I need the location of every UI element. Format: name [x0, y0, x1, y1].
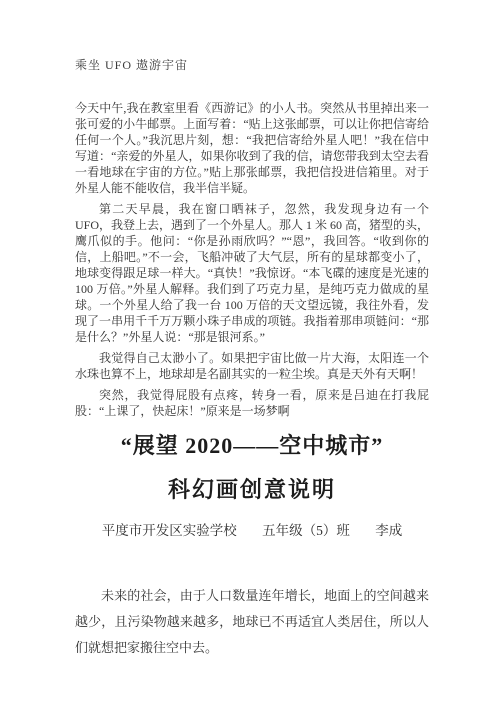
story-paragraph-1: 今天中午,我在教室里看《西游记》的小人书。突然从书里掉出来一张可爱的小牛邮票。上… — [75, 100, 429, 196]
document-page: 乘坐 UFO 遨游宇宙 今天中午,我在教室里看《西游记》的小人书。突然从书里掉出… — [0, 0, 500, 708]
section-heading-line2: 科幻画创意说明 — [75, 473, 429, 504]
story-section: 今天中午,我在教室里看《西游记》的小人书。突然从书里掉出来一张可爱的小牛邮票。上… — [75, 100, 429, 419]
page-content: 乘坐 UFO 遨游宇宙 今天中午,我在教室里看《西游记》的小人书。突然从书里掉出… — [0, 0, 500, 661]
byline-class: 五年级（5）班 — [262, 523, 350, 538]
document-title: 乘坐 UFO 遨游宇宙 — [75, 56, 429, 73]
story-paragraph-2: 第二天早晨，我在窗口晒袜子，忽然，我发现身边有一个 UFO，我登上去，遇到了一个… — [75, 201, 429, 345]
byline: 平度市开发区实验学校 五年级（5）班 李成 — [75, 519, 429, 539]
byline-school: 平度市开发区实验学校 — [102, 523, 237, 538]
story-paragraph-4: 突然，我觉得屁股有点疼，转身一看，原来是吕迪在打我屁股：“上课了，快起床！”原来… — [75, 387, 429, 419]
story-paragraph-3: 我觉得自己太渺小了。如果把宇宙比做一片大海，太阳连一个水珠也算不上，地球却是名副… — [75, 350, 429, 382]
byline-author: 李成 — [375, 523, 402, 538]
closing-paragraph: 未来的社会，由于人口数量连年增长，地面上的空间越来越少，且污染物越来越多，地球已… — [75, 583, 429, 661]
section-heading-line1: “展望 2020——空中城市” — [75, 429, 429, 460]
